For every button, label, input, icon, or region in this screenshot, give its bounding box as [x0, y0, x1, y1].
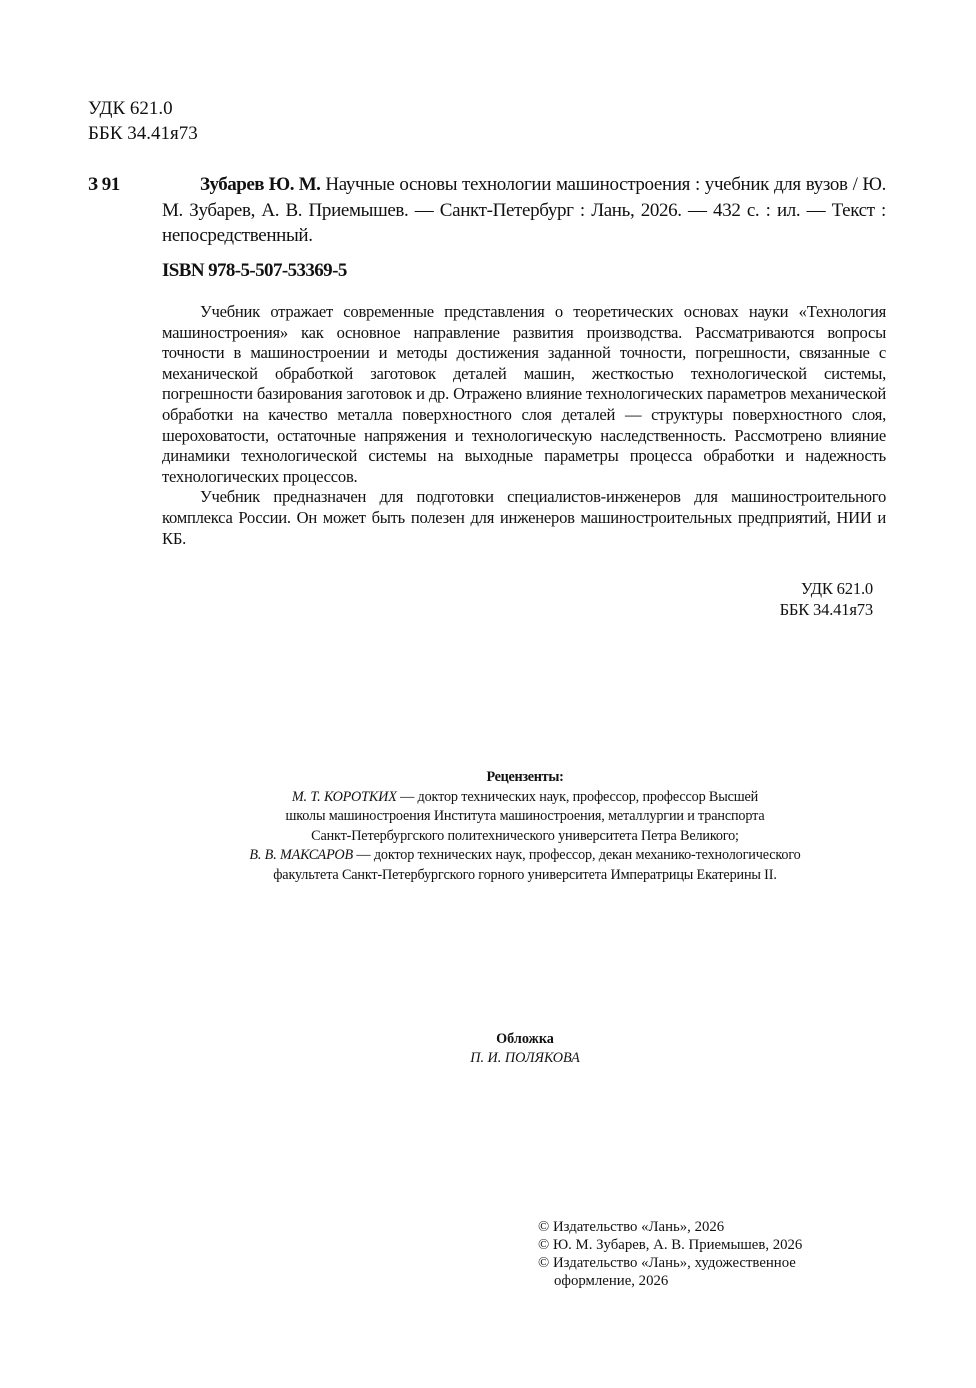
author-mark: З 91	[88, 172, 120, 197]
reviewer-affiliation: факультета Санкт-Петербургского горного …	[150, 866, 900, 886]
reviewer-name: В. В. МАКСАРОВ	[249, 847, 353, 863]
cover-designer: П. И. ПОЛЯКОВА	[360, 1049, 690, 1068]
copyright-block: © Издательство «Лань», 2026 © Ю. М. Зуба…	[538, 1218, 802, 1290]
isbn: ISBN 978-5-507-53369-5	[162, 258, 347, 283]
bbk-code: ББК 34.41я73	[780, 599, 873, 620]
reviewer-affiliation: Санкт-Петербургского политехнического ун…	[150, 827, 900, 847]
udk-code: УДК 621.0	[780, 578, 873, 599]
reviewer-entry: В. В. МАКСАРОВ — доктор технических наук…	[150, 846, 900, 866]
reviewers-block: Рецензенты: М. Т. КОРОТКИХ — доктор техн…	[150, 768, 900, 885]
copyright-line: © Издательство «Лань», 2026	[538, 1218, 802, 1236]
reviewer-name: М. Т. КОРОТКИХ	[292, 789, 397, 805]
copyright-line: оформление, 2026	[538, 1272, 802, 1290]
reviewer-affiliation: школы машиностроения Института машиностр…	[150, 807, 900, 827]
copyright-line: © Ю. М. Зубарев, А. В. Приемышев, 2026	[538, 1236, 802, 1254]
copyright-line: © Издательство «Лань», художественное	[538, 1254, 802, 1272]
annotation-paragraph: Учебник предназначен для подготовки спец…	[162, 487, 886, 549]
reviewers-heading: Рецензенты:	[150, 768, 900, 788]
cover-credit: Обложка П. И. ПОЛЯКОВА	[360, 1030, 690, 1068]
annotation: Учебник отражает современные представлен…	[162, 302, 886, 549]
annotation-paragraph: Учебник отражает современные представлен…	[162, 302, 886, 487]
classification-codes-header: УДК 621.0 ББК 34.41я73	[88, 96, 198, 146]
bbk-code: ББК 34.41я73	[88, 121, 198, 146]
reviewer-entry: М. Т. КОРОТКИХ — доктор технических наук…	[150, 788, 900, 808]
classification-codes-footer: УДК 621.0 ББК 34.41я73	[780, 578, 873, 620]
cover-heading: Обложка	[360, 1030, 690, 1049]
author-name: Зубарев Ю. М.	[200, 174, 320, 195]
udk-code: УДК 621.0	[88, 96, 198, 121]
bibliographic-description: Зубарев Ю. М. Научные основы технологии …	[162, 172, 886, 249]
